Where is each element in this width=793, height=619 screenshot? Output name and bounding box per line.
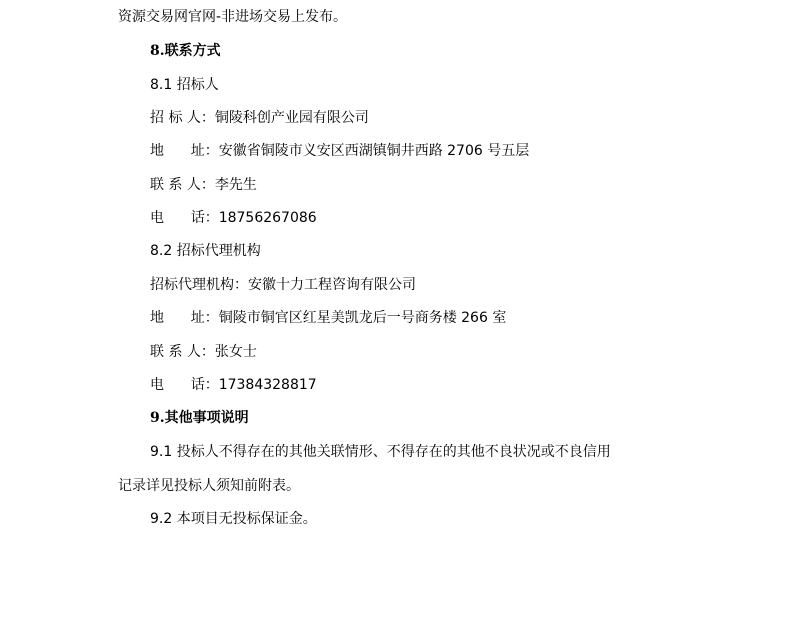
agency-row: 招标代理机构：安徽十力工程咨询有限公司 <box>150 276 416 294</box>
address-label: 地 址： <box>150 310 219 326</box>
agency-label: 招标代理机构： <box>150 277 248 293</box>
phone-value: 17384328817 <box>219 377 317 393</box>
continuation-text: 资源交易网官网-非进场交易上发布。 <box>118 8 347 26</box>
phone-value: 18756267086 <box>219 210 317 226</box>
contact-value: 张女士 <box>215 344 257 360</box>
agency-phone-row: 电 话：17384328817 <box>150 376 317 394</box>
contact-label: 联 系 人： <box>150 344 215 360</box>
contact-label: 联 系 人： <box>150 177 215 193</box>
address-label: 地 址： <box>150 143 219 159</box>
address-value: 铜陵市铜官区红星美凯龙后一号商务楼 266 室 <box>219 310 507 326</box>
section-9-heading: 9.其他事项说明 <box>150 409 249 427</box>
tenderer-row: 招 标 人：铜陵科创产业园有限公司 <box>150 109 369 127</box>
section-8-1-heading: 8.1 招标人 <box>150 76 219 94</box>
tenderer-contact-row: 联 系 人：李先生 <box>150 176 257 194</box>
tenderer-label: 招 标 人： <box>150 110 215 126</box>
agency-value: 安徽十力工程咨询有限公司 <box>248 277 416 293</box>
tenderer-phone-row: 电 话：18756267086 <box>150 209 317 227</box>
tenderer-value: 铜陵科创产业园有限公司 <box>215 110 369 126</box>
section-8-heading: 8.联系方式 <box>150 42 221 60</box>
section-9-1-line1: 9.1 投标人不得存在的其他关联情形、不得存在的其他不良状况或不良信用 <box>150 443 611 461</box>
section-9-1-line2: 记录详见投标人须知前附表。 <box>118 477 300 495</box>
phone-label: 电 话： <box>150 210 219 226</box>
agency-contact-row: 联 系 人：张女士 <box>150 343 257 361</box>
address-value: 安徽省铜陵市义安区西湖镇铜井西路 2706 号五层 <box>219 143 530 159</box>
section-8-2-heading: 8.2 招标代理机构 <box>150 242 261 260</box>
tenderer-address-row: 地 址：安徽省铜陵市义安区西湖镇铜井西路 2706 号五层 <box>150 142 529 160</box>
agency-address-row: 地 址：铜陵市铜官区红星美凯龙后一号商务楼 266 室 <box>150 309 506 327</box>
section-9-2: 9.2 本项目无投标保证金。 <box>150 510 317 528</box>
phone-label: 电 话： <box>150 377 219 393</box>
contact-value: 李先生 <box>215 177 257 193</box>
